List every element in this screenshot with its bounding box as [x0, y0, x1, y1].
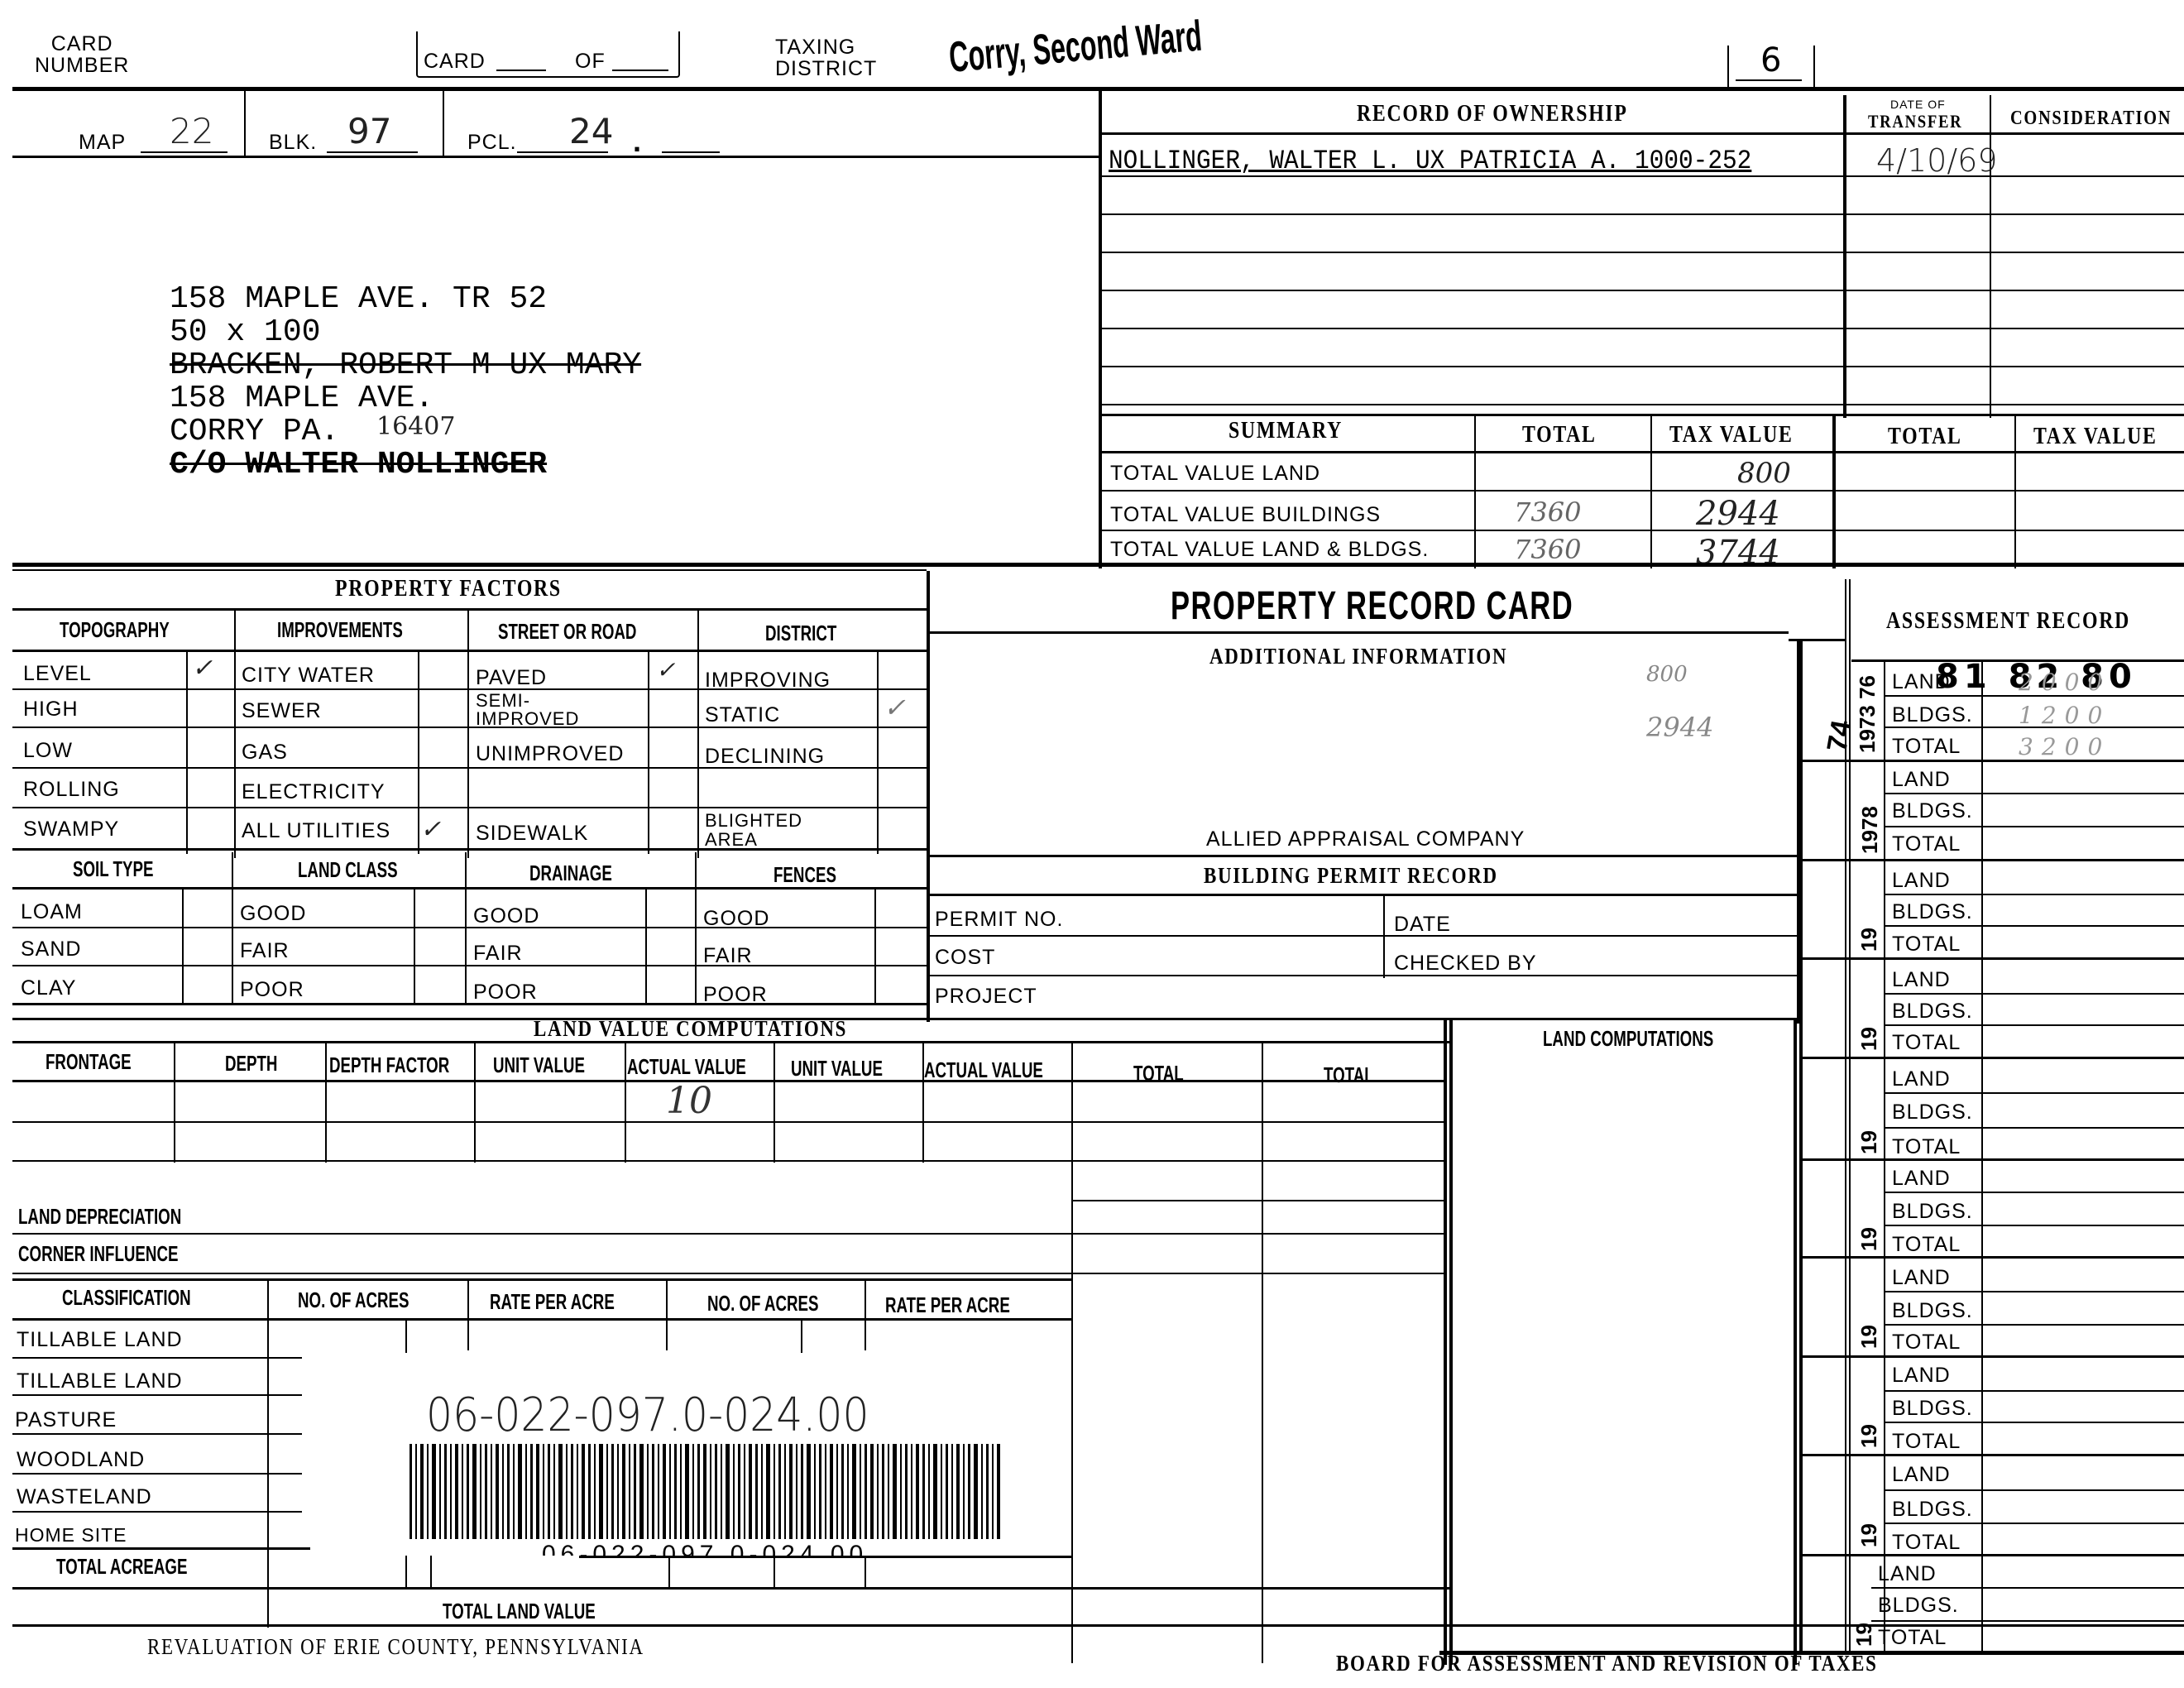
assess-8-total: TOTAL: [1892, 1430, 1961, 1454]
total-land-value-label: TOTAL LAND VALUE: [443, 1599, 596, 1624]
topo-level: LEVEL: [23, 662, 92, 686]
summary-total-header-2: TOTAL: [1888, 424, 1962, 450]
assess-5-bldgs: BLDGS.: [1892, 1101, 1973, 1125]
topo-swampy: SWAMPY: [23, 818, 119, 842]
barcode: [409, 1444, 1059, 1539]
assess-9-land: LAND: [1892, 1463, 1951, 1487]
assess-8-bldgs: BLDGS.: [1892, 1397, 1973, 1421]
drainage-fair: FAIR: [473, 942, 523, 966]
consideration-header: CONSIDERATION: [2010, 108, 2172, 130]
land-computations-title: LAND COMPUTATIONS: [1543, 1026, 1713, 1052]
soil-sand: SAND: [21, 938, 81, 961]
of-blank[interactable]: [612, 70, 668, 71]
col-improvements: IMPROVEMENTS: [277, 617, 403, 643]
assess-7-land: LAND: [1892, 1266, 1951, 1290]
acre-row-tillable-2: TILLABLE LAND: [17, 1369, 183, 1393]
assess-6-total: TOTAL: [1892, 1233, 1961, 1257]
property-record-card-title: PROPERTY RECORD CARD: [1171, 583, 1573, 629]
pcl-value[interactable]: 24: [569, 111, 613, 151]
impr-city-water: CITY WATER: [242, 664, 375, 688]
district-declining: DECLINING: [705, 745, 825, 769]
summary-row-total-label: TOTAL VALUE LAND & BLDGS.: [1110, 538, 1429, 562]
footer-right: BOARD FOR ASSESSMENT AND REVISION OF TAX…: [1336, 1651, 1878, 1676]
street-sidewalk: SIDEWALK: [476, 822, 588, 846]
assess-8-land: LAND: [1892, 1364, 1951, 1388]
lv-col-frontage: FRONTAGE: [45, 1049, 132, 1075]
summary-row-bldg-total: 7360: [1514, 496, 1581, 528]
corner-influence-label: CORNER INFLUENCE: [18, 1241, 178, 1267]
acre-row-wasteland: WASTELAND: [17, 1485, 152, 1509]
acre-col-rate-2: RATE PER ACRE: [885, 1292, 1010, 1318]
blk-value[interactable]: 97: [347, 111, 391, 151]
col-district: DISTRICT: [765, 621, 836, 646]
assessment-title: ASSESSMENT RECORD: [1886, 608, 2130, 635]
assess-1-land-value: 2000: [2019, 669, 2110, 696]
check-static[interactable]: ✓: [884, 692, 906, 723]
col-drainage: DRAINAGE: [529, 861, 612, 886]
ownership-row-1-date: 4/10/69: [1876, 142, 1998, 179]
summary-title: SUMMARY: [1228, 418, 1343, 444]
address-line-1: 158 MAPLE AVE. TR 52: [170, 281, 547, 317]
check-level[interactable]: ✓: [192, 654, 213, 683]
ownership-row-1-owner: NOLLINGER, WALTER L. UX PATRICIA A. 1000…: [1109, 146, 1751, 176]
assess-3-year: 19: [1856, 928, 1882, 952]
pcl-suffix: .: [633, 124, 641, 159]
map-label: MAP: [79, 131, 126, 155]
lv-row1-actual-value: 10: [666, 1080, 712, 1122]
assess-2-year: 1978: [1857, 806, 1883, 854]
soil-clay: CLAY: [21, 976, 76, 1000]
assess-2-land: LAND: [1892, 768, 1951, 792]
summary-row-bldg-label: TOTAL VALUE BUILDINGS: [1110, 503, 1381, 527]
summary-row-bldg-tax: 2944: [1696, 495, 1780, 533]
col-fences: FENCES: [773, 862, 836, 888]
card-of-of-label: OF: [575, 50, 606, 74]
date-of-label: DATE OF: [1890, 98, 1946, 111]
assess-7-total: TOTAL: [1892, 1331, 1961, 1355]
assess-10-bldgs: BLDGS.: [1878, 1594, 1959, 1618]
street-paved: PAVED: [476, 666, 547, 690]
permit-checked-by-label: CHECKED BY: [1394, 952, 1537, 976]
col-soil-type: SOIL TYPE: [73, 856, 153, 882]
drainage-poor: POOR: [473, 981, 538, 1005]
address-line-5: CORRY PA.: [170, 414, 339, 449]
lv-col-total: TOTAL: [1133, 1061, 1184, 1086]
parcel-id-printed: 06-022-097.0-024.00: [542, 1541, 868, 1556]
assess-5-land: LAND: [1892, 1067, 1951, 1091]
footer-left: REVALUATION OF ERIE COUNTY, PENNSYLVANIA: [147, 1634, 644, 1660]
topo-rolling: ROLLING: [23, 778, 120, 802]
zip-handwritten: 16407: [376, 412, 455, 441]
pcl-label: PCL.: [467, 131, 517, 155]
address-line-2: 50 x 100: [170, 314, 320, 350]
landclass-good: GOOD: [240, 902, 306, 926]
summary-row-land-label: TOTAL VALUE LAND: [1110, 462, 1320, 486]
assess-3-bldgs: BLDGS.: [1892, 900, 1973, 924]
address-line-4: 158 MAPLE AVE.: [170, 381, 433, 416]
acre-row-tillable-1: TILLABLE LAND: [17, 1328, 183, 1352]
assess-10-year: 19: [1851, 1623, 1877, 1647]
additional-note-1: 800: [1646, 662, 1688, 687]
lv-col-unit-value-2: UNIT VALUE: [791, 1056, 883, 1081]
assess-1-bldgs: BLDGS.: [1892, 703, 1973, 727]
map-value[interactable]: 22: [170, 111, 213, 151]
assess-1-year: 1973 76: [1855, 675, 1880, 753]
lv-col-actual-value: ACTUAL VALUE: [627, 1054, 746, 1080]
check-all-utilities[interactable]: ✓: [420, 815, 441, 844]
assess-10-total: TOTAL: [1878, 1626, 1947, 1650]
soil-loam: LOAM: [21, 900, 83, 924]
assess-6-bldgs: BLDGS.: [1892, 1200, 1973, 1224]
summary-tax-value-header-2: TAX VALUE: [2033, 424, 2158, 450]
assess-10-land: LAND: [1878, 1562, 1937, 1586]
street-unimproved: UNIMPROVED: [476, 742, 624, 766]
card-blank[interactable]: [496, 70, 546, 71]
acre-col-no-acres-2: NO. OF ACRES: [707, 1291, 819, 1316]
land-depreciation-label: LAND DEPRECIATION: [18, 1204, 181, 1230]
assess-9-year: 19: [1856, 1523, 1882, 1547]
taxing-district-label: TAXING DISTRICT: [775, 36, 877, 79]
card-of-card-label: CARD: [424, 50, 486, 74]
lv-col-depth: DEPTH: [225, 1051, 277, 1077]
permit-date-label: DATE: [1394, 913, 1451, 937]
blk-label: BLK.: [269, 131, 317, 155]
district-blighted-area: BLIGHTED AREA: [705, 811, 802, 849]
assess-4-year: 19: [1856, 1027, 1882, 1051]
summary-total-header: TOTAL: [1522, 422, 1597, 448]
assess-1-bldgs-value: 1200: [2019, 702, 2110, 729]
lv-col-total-2: TOTAL: [1324, 1062, 1374, 1088]
assess-6-land: LAND: [1892, 1167, 1951, 1191]
impr-all-utilities: ALL UTILITIES: [242, 819, 390, 843]
total-acreage-label: TOTAL ACREAGE: [56, 1554, 187, 1580]
taxing-district-value: Corry, Second Ward: [947, 12, 1204, 83]
district-code: 6: [1760, 41, 1781, 79]
assess-1-annotation: 74: [1821, 717, 1858, 754]
acre-row-pasture: PASTURE: [15, 1408, 117, 1432]
permit-no-label: PERMIT NO.: [935, 908, 1063, 932]
impr-electricity: ELECTRICITY: [242, 780, 386, 804]
additional-note-2: 2944: [1646, 712, 1713, 743]
parcel-id-handwritten: 06-022-097.0-024.00: [426, 1388, 869, 1442]
check-paved[interactable]: ✓: [656, 656, 675, 683]
topo-high: HIGH: [23, 698, 79, 722]
assess-4-bldgs: BLDGS.: [1892, 1000, 1973, 1024]
impr-sewer: SEWER: [242, 699, 322, 723]
lv-col-unit-value: UNIT VALUE: [493, 1053, 585, 1078]
acre-col-no-acres: NO. OF ACRES: [298, 1288, 409, 1313]
assess-1-total-value: 3200: [2019, 733, 2110, 760]
assess-3-total: TOTAL: [1892, 933, 1961, 957]
assess-4-land: LAND: [1892, 968, 1951, 992]
address-line-6-struck: C/O WALTER NOLLINGER: [170, 447, 547, 482]
assess-4-total: TOTAL: [1892, 1031, 1961, 1055]
additional-info-title: ADDITIONAL INFORMATION: [1209, 644, 1507, 669]
street-semi-improved: SEMI- IMPROVED: [476, 692, 579, 728]
assess-9-total: TOTAL: [1892, 1531, 1961, 1555]
acre-col-rate: RATE PER ACRE: [490, 1289, 615, 1315]
permit-cost-label: COST: [935, 946, 995, 970]
assess-5-total: TOTAL: [1892, 1135, 1961, 1159]
permit-project-label: PROJECT: [935, 985, 1037, 1009]
assess-5-year: 19: [1856, 1130, 1882, 1154]
col-topography: TOPOGRAPHY: [60, 617, 170, 643]
landclass-fair: FAIR: [240, 939, 290, 963]
assess-1-total: TOTAL: [1892, 735, 1961, 759]
assess-6-year: 19: [1856, 1227, 1882, 1251]
company-name: ALLIED APPRAISAL COMPANY: [1206, 827, 1525, 851]
assess-3-land: LAND: [1892, 869, 1951, 893]
assess-2-total: TOTAL: [1892, 832, 1961, 856]
assess-9-bldgs: BLDGS.: [1892, 1498, 1973, 1522]
assess-2-bldgs: BLDGS.: [1892, 799, 1973, 823]
assess-7-year: 19: [1856, 1325, 1882, 1349]
address-line-3-struck: BRACKEN, ROBERT M UX MARY: [170, 348, 641, 383]
assess-7-bldgs: BLDGS.: [1892, 1299, 1973, 1323]
summary-tax-value-header: TAX VALUE: [1669, 422, 1794, 448]
summary-row-total-total: 7360: [1514, 534, 1581, 565]
col-street-or-road: STREET OR ROAD: [498, 619, 636, 645]
permit-record-title: BUILDING PERMIT RECORD: [1204, 863, 1498, 889]
assess-8-year: 19: [1856, 1424, 1882, 1448]
district-static: STATIC: [705, 703, 780, 727]
acre-col-classification: CLASSIFICATION: [62, 1285, 191, 1311]
lv-col-depth-factor: DEPTH FACTOR: [329, 1053, 449, 1078]
impr-gas: GAS: [242, 741, 288, 765]
acre-row-woodland: WOODLAND: [17, 1448, 145, 1472]
property-factors-title: PROPERTY FACTORS: [335, 576, 562, 602]
acre-row-home-site: HOME SITE: [15, 1524, 127, 1547]
summary-row-land-tax: 800: [1737, 457, 1791, 490]
ownership-title: RECORD OF OWNERSHIP: [1357, 101, 1628, 127]
drainage-good: GOOD: [473, 904, 539, 928]
col-land-class: LAND CLASS: [298, 857, 398, 883]
topo-low: LOW: [23, 739, 73, 763]
landclass-poor: POOR: [240, 978, 304, 1002]
land-value-title: LAND VALUE COMPUTATIONS: [534, 1016, 847, 1042]
card-number-label: CARD NUMBER: [35, 33, 129, 76]
transfer-header: TRANSFER: [1868, 111, 1962, 132]
